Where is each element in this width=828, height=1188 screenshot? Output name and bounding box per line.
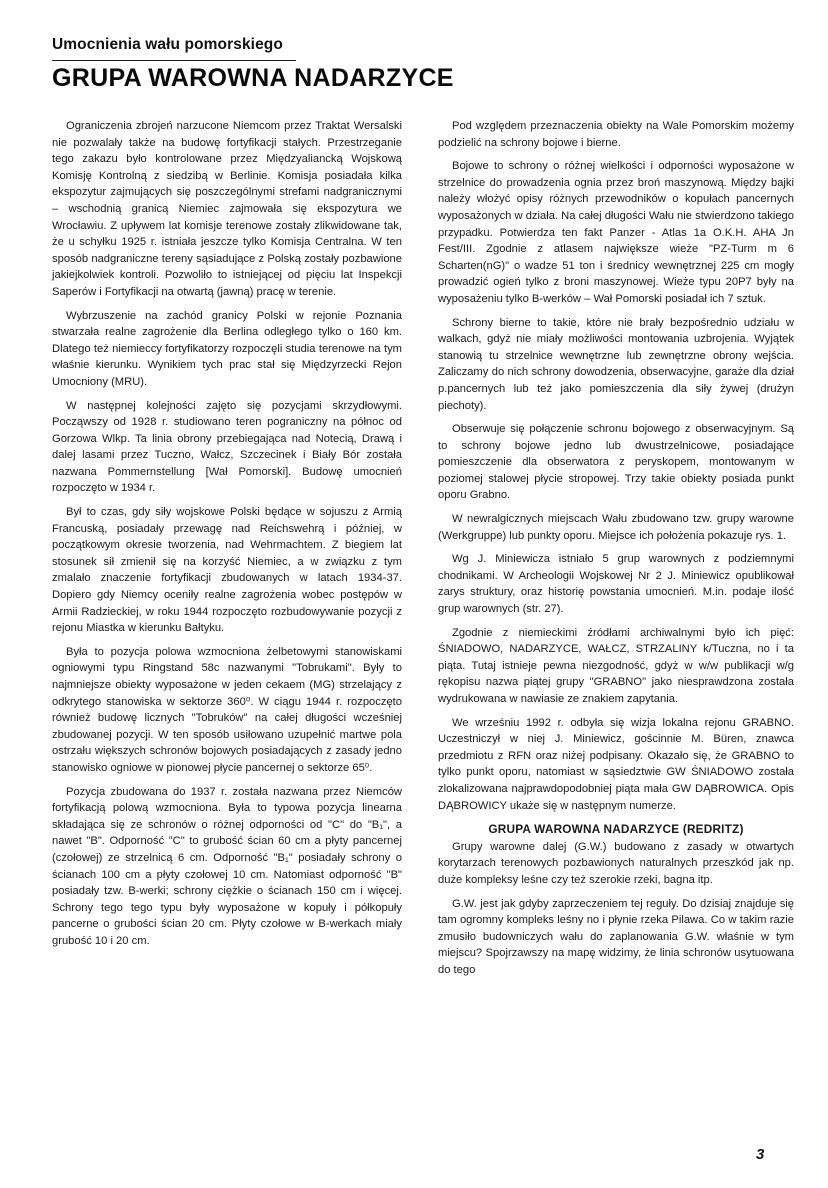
paragraph: Pozycja zbudowana do 1937 r. została naz… [52,784,402,950]
paragraph: G.W. jest jak gdyby zaprzeczeniem tej re… [438,896,794,979]
right-column: Pod względem przeznaczenia obiekty na Wa… [438,118,794,986]
paragraph: Była to pozycja polowa wzmocniona żelbet… [52,644,402,777]
paragraph: W następnej kolejności zajęto się pozycj… [52,398,402,498]
section-label: Umocnienia wału pomorskiego [52,36,283,54]
paragraph: Grupy warowne dalej (G.W.) budowano z za… [438,839,794,889]
paragraph: Był to czas, gdy siły wojskowe Polski bę… [52,504,402,637]
paragraph: Bojowe to schrony o różnej wielkości i o… [438,158,794,307]
page-number: 3 [756,1146,764,1163]
paragraph: Pod względem przeznaczenia obiekty na Wa… [438,118,794,151]
left-column: Ograniczenia zbrojeń narzucone Niemcom p… [52,118,402,957]
paragraph: Wg J. Miniewicza istniało 5 grup warowny… [438,551,794,617]
paragraph: Ograniczenia zbrojeń narzucone Niemcom p… [52,118,402,301]
paragraph: Obserwuje się połączenie schronu bojoweg… [438,421,794,504]
paragraph: Zgodnie z niemieckimi źródłami archiwaln… [438,625,794,708]
page-title: GRUPA WAROWNA NADARZYCE [52,64,454,93]
paragraph: W newralgicznych miejscach Wału zbudowan… [438,511,794,544]
section-rule-divider [52,60,296,61]
paragraph: We wrześniu 1992 r. odbyła się wizja lok… [438,715,794,815]
subheading: GRUPA WAROWNA NADARZYCE (REDRITZ) [438,821,794,838]
paragraph: Schrony bierne to takie, które nie brały… [438,315,794,415]
paragraph: Wybrzuszenie na zachód granicy Polski w … [52,308,402,391]
